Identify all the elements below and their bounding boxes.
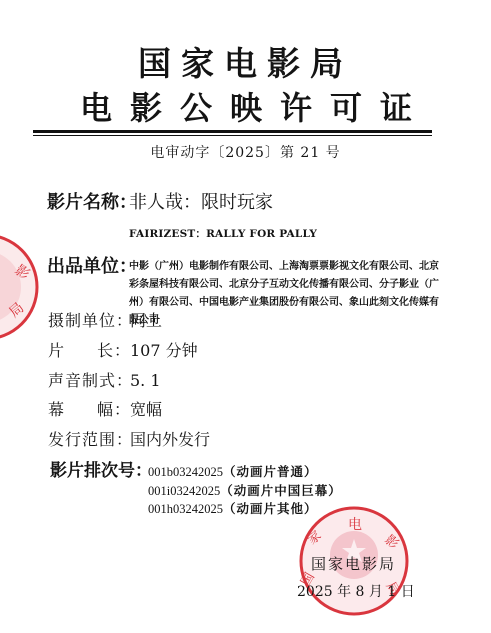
signatory: 国家电影局 — [311, 553, 396, 574]
producer-value: 中影（广州）电影制作有限公司、上海淘票票影视文化有限公司、北京彩条屋科技有限公司… — [129, 258, 439, 330]
batch-type: （动画片普通） — [223, 464, 318, 479]
film-title-label: 影片名称： — [47, 192, 137, 214]
title-rule-thin — [33, 135, 432, 136]
film-title-english: FAIRIZEST：RALLY FOR PALLY — [129, 226, 317, 241]
distribution-value: 国内外发行 — [130, 430, 210, 450]
screen-label-b: 幅： — [97, 400, 131, 420]
sound-format-value: 5. 1 — [130, 371, 161, 391]
seal-top-char: 电 — [348, 516, 362, 533]
batch-code: 001i03242025 — [148, 484, 220, 498]
issuer-title: 国家电影局 — [0, 46, 491, 82]
batch-number-item: 001i03242025（动画片中国巨幕） — [148, 482, 342, 500]
distribution-label: 发行范围： — [48, 430, 133, 450]
left-seal-stamp: 影 局 — [0, 232, 40, 342]
production-unit-label: 摄制单位： — [48, 311, 133, 331]
issue-date: 2025 年 8 月 1 日 — [297, 581, 415, 601]
length-value: 107 分钟 — [130, 341, 198, 361]
batch-number-label: 影片排次号： — [50, 460, 152, 482]
sound-format-label: 声音制式： — [48, 371, 133, 391]
screen-value: 宽幅 — [130, 400, 162, 420]
production-unit-value: 同上 — [130, 311, 162, 331]
film-title-value: 非人哉：限时玩家 — [129, 192, 273, 214]
batch-code: 001h03242025 — [148, 502, 223, 516]
length-label-b: 长： — [97, 341, 131, 361]
length-label-a: 片 — [48, 341, 65, 361]
producer-label: 出品单位： — [47, 256, 137, 278]
batch-code: 001b03242025 — [148, 465, 223, 479]
batch-number-item: 001h03242025（动画片其他） — [148, 500, 318, 518]
document-title: 电影公映许可证 — [20, 90, 490, 126]
batch-number-item: 001b03242025（动画片普通） — [148, 463, 318, 481]
batch-type: （动画片中国巨幕） — [220, 483, 342, 498]
document-number: 电审动字〔2025〕第 21 号 — [0, 144, 491, 162]
screen-label-a: 幕 — [48, 400, 65, 420]
title-rule-thick — [33, 130, 432, 133]
